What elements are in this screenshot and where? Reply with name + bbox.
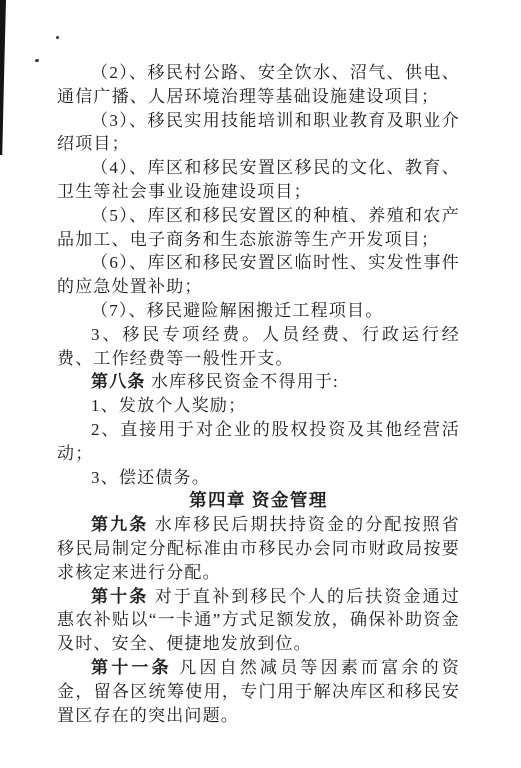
- scan-speck: [35, 58, 40, 62]
- paragraph: 第八条 水库移民资金不得用于:: [57, 370, 460, 394]
- paragraph-text: （2）、移民村公路、安全饮水、沼气、供电、通信广播、人居环境治理等基础设施建设项…: [57, 63, 460, 106]
- document-content: （2）、移民村公路、安全饮水、沼气、供电、通信广播、人居环境治理等基础设施建设项…: [57, 61, 460, 727]
- document-page: （2）、移民村公路、安全饮水、沼气、供电、通信广播、人居环境治理等基础设施建设项…: [0, 0, 521, 768]
- scan-edge-artifact: [0, 0, 8, 155]
- paragraph-text: （5）、库区和移民安置区的种植、养殖和农产品加工、电子商务和生态旅游等生产开发项…: [57, 206, 460, 249]
- article-number: 第十一条: [91, 658, 172, 677]
- paragraph-text: 2、直接用于对企业的股权投资及其他经营活动；: [57, 420, 460, 463]
- paragraph: 3、偿还债务。: [57, 466, 460, 490]
- paragraph: （5）、库区和移民安置区的种植、养殖和农产品加工、电子商务和生态旅游等生产开发项…: [57, 204, 460, 252]
- chapter-heading: 第四章 资金管理: [57, 489, 460, 513]
- paragraph-text: （3）、移民实用技能培训和职业教育及职业介绍项目；: [57, 111, 460, 154]
- paragraph: 2、直接用于对企业的股权投资及其他经营活动；: [57, 418, 460, 466]
- paragraph: 1、发放个人奖励；: [57, 394, 460, 418]
- paragraph: 第九条 水库移民后期扶持资金的分配按照省移民局制定分配标准由市移民办会同市财政局…: [57, 513, 460, 584]
- paragraph-text: （4）、库区和移民安置区移民的文化、教育、卫生等社会事业设施建设项目；: [57, 158, 460, 201]
- paragraph-text: 3、移民专项经费。人员经费、行政运行经费、工作经费等一般性开支。: [57, 325, 460, 368]
- paragraph-text: 第四章 资金管理: [189, 490, 328, 510]
- paragraph: （7）、移民避险解困搬迁工程项目。: [57, 299, 460, 323]
- paragraph-text: 3、偿还债务。: [91, 468, 210, 487]
- paragraph: 3、移民专项经费。人员经费、行政运行经费、工作经费等一般性开支。: [57, 323, 460, 371]
- scan-speck: [56, 36, 59, 39]
- paragraph: 第十一条 凡因自然减员等因素而富余的资金，留各区统筹使用，专门用于解决库区和移民…: [57, 656, 460, 727]
- paragraph: （6）、库区和移民安置区临时性、实发性事件的应急处置补助；: [57, 251, 460, 299]
- paragraph: （4）、库区和移民安置区移民的文化、教育、卫生等社会事业设施建设项目；: [57, 156, 460, 204]
- paragraph: （3）、移民实用技能培训和职业教育及职业介绍项目；: [57, 109, 460, 157]
- paragraph: 第十条 对于直补到移民个人的后扶资金通过惠农补贴以“一卡通”方式足额发放，确保补…: [57, 585, 460, 656]
- paragraph-text: （6）、库区和移民安置区临时性、实发性事件的应急处置补助；: [57, 253, 460, 296]
- article-number: 第八条: [91, 372, 146, 391]
- paragraph-text: 1、发放个人奖励；: [91, 396, 246, 415]
- article-number: 第十条: [91, 587, 148, 606]
- paragraph: （2）、移民村公路、安全饮水、沼气、供电、通信广播、人居环境治理等基础设施建设项…: [57, 61, 460, 109]
- article-number: 第九条: [91, 515, 148, 534]
- paragraph-text: （7）、移民避险解困搬迁工程项目。: [91, 301, 383, 320]
